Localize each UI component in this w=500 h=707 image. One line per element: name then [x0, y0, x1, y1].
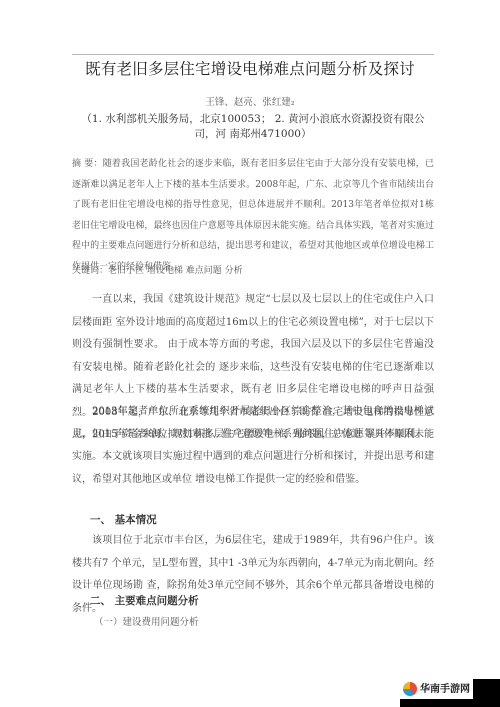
colorful-swoosh-logo-icon — [403, 682, 417, 696]
authors: 王锋、赵亮、张红建₂ — [0, 94, 500, 108]
heading-main-problems: 二、 主要难点问题分析 — [90, 593, 199, 608]
watermark: 华南手游网 — [400, 679, 500, 707]
paragraph-background: 2013年笔者单位所在系统组织开展老旧小区综合整治，其中包含增设电梯试点。201… — [72, 401, 434, 491]
heading-basic-situation: 一、 基本情况 — [90, 512, 157, 527]
watermark-text: 华南手游网 — [420, 684, 470, 695]
keywords: 关键词：老旧小区 增设电梯 难点问题 分析 — [72, 263, 243, 276]
subheading-construction-cost: （一）建设费用问题分析 — [94, 614, 199, 628]
affiliation: （1. 水利部机关服务局，北京100053； 2. 黄河小浪底水资源投资有限公司… — [72, 112, 434, 142]
watermark-badge: 华南手游网 — [400, 679, 473, 699]
paragraph-text: 2013年笔者单位所在系统组织开展老旧小区综合整治，其中包含增设电梯试点。201… — [72, 401, 434, 491]
document-title: 既有老旧多层住宅增设电梯难点问题分析及探讨 — [0, 57, 500, 79]
header-rule — [72, 54, 434, 55]
abstract: 摘 要：随着我国老龄化社会的逐步来临，既有老旧多层住宅由于大部分没有安装电梯，已… — [72, 154, 434, 277]
